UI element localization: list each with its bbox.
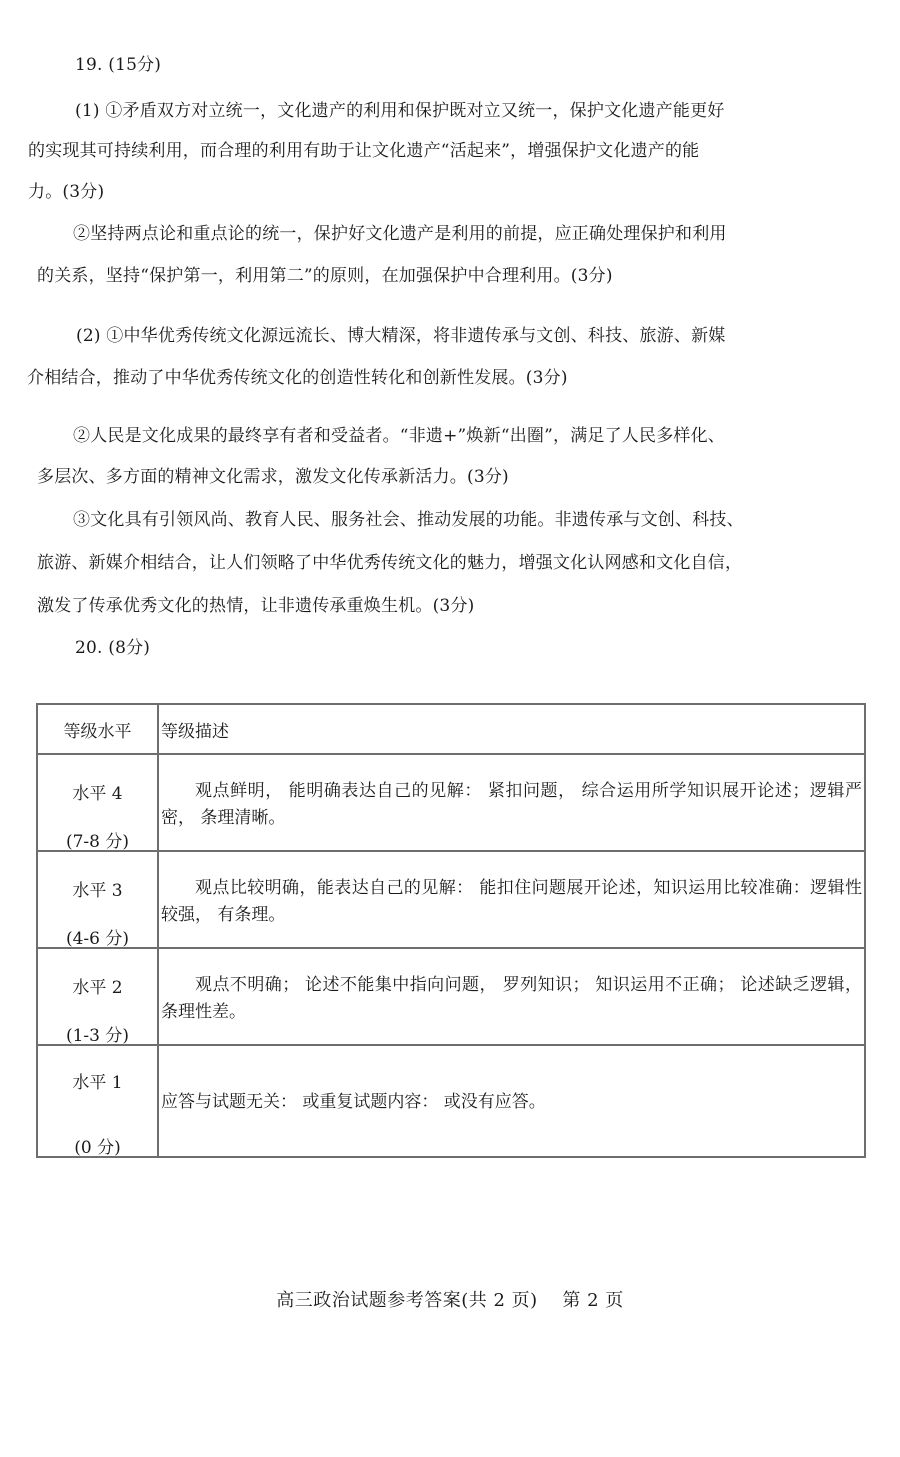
level-name: 水平 2	[38, 973, 157, 998]
level-cell: 水平 3 (4-6 分)	[37, 851, 158, 948]
table-row: 水平 4 (7-8 分) 观点鲜明， 能明确表达自己的见解： 紧扣问题， 综合运…	[37, 754, 865, 851]
q19-part2-point2-line1: ②人民是文化成果的最终享有者和受益者。“非遗+”焕新“出圈”，满足了人民多样化、	[73, 424, 725, 448]
level-score: (7-8 分)	[38, 827, 157, 852]
description-cell: 观点比较明确，能表达自己的见解： 能扣住问题展开论述，知识运用比较准确：逻辑性较…	[158, 851, 865, 948]
grading-rubric-table: 等级水平 等级描述 水平 4 (7-8 分) 观点鲜明， 能明确表达自己的见解：…	[36, 703, 866, 1158]
level-description: 观点不明确； 论述不能集中指向问题， 罗列知识； 知识运用不正确； 论述缺乏逻辑…	[161, 972, 862, 1026]
q19-part1-point1-line2: 的实现其可持续利用，而合理的利用有助于让文化遗产“活起来”，增强保护文化遗产的能	[28, 139, 699, 163]
level-name: 水平 3	[38, 876, 157, 901]
description-cell: 应答与试题无关： 或重复试题内容： 或没有应答。	[158, 1045, 865, 1157]
header-description: 等级描述	[158, 704, 865, 754]
q19-part2-point3-line1: ③文化具有引领风尚、教育人民、服务社会、推动发展的功能。非遗传承与文创、科技、	[73, 508, 744, 532]
description-cell: 观点不明确； 论述不能集中指向问题， 罗列知识； 知识运用不正确； 论述缺乏逻辑…	[158, 948, 865, 1045]
level-score: (4-6 分)	[38, 924, 157, 949]
level-description: 观点比较明确，能表达自己的见解： 能扣住问题展开论述，知识运用比较准确：逻辑性较…	[161, 875, 862, 929]
level-cell: 水平 2 (1-3 分)	[37, 948, 158, 1045]
level-description: 应答与试题无关： 或重复试题内容： 或没有应答。	[161, 1089, 862, 1116]
level-score: (1-3 分)	[38, 1021, 157, 1046]
q19-part2-point3-line2: 旅游、新媒介相结合，让人们领略了中华优秀传统文化的魅力，增强文化认网感和文化自信…	[37, 551, 742, 575]
q19-part1-point1-line3: 力。(3分)	[28, 180, 104, 204]
question-19-heading: 19. (15分)	[75, 53, 161, 77]
table-row: 水平 1 (0 分) 应答与试题无关： 或重复试题内容： 或没有应答。	[37, 1045, 865, 1157]
table-header-row: 等级水平 等级描述	[37, 704, 865, 754]
level-description: 观点鲜明， 能明确表达自己的见解： 紧扣问题， 综合运用所学知识展开论述；逻辑严…	[161, 778, 862, 832]
q19-part1-point1-line1: (1) ①矛盾双方对立统一，文化遗产的利用和保护既对立又统一，保护文化遗产能更好	[75, 99, 724, 123]
table-row: 水平 2 (1-3 分) 观点不明确； 论述不能集中指向问题， 罗列知识； 知识…	[37, 948, 865, 1045]
description-cell: 观点鲜明， 能明确表达自己的见解： 紧扣问题， 综合运用所学知识展开论述；逻辑严…	[158, 754, 865, 851]
q19-part2-point1-line1: (2) ①中华优秀传统文化源远流长、博大精深，将非遗传承与文创、科技、旅游、新媒	[76, 324, 725, 348]
level-cell: 水平 4 (7-8 分)	[37, 754, 158, 851]
level-score: (0 分)	[38, 1133, 157, 1158]
q19-part2-point2-line2: 多层次、多方面的精神文化需求，激发文化传承新活力。(3分)	[37, 465, 509, 489]
level-name: 水平 4	[38, 779, 157, 804]
q19-part2-point1-line2: 介相结合，推动了中华优秀传统文化的创造性转化和创新性发展。(3分)	[27, 366, 568, 390]
table-row: 水平 3 (4-6 分) 观点比较明确，能表达自己的见解： 能扣住问题展开论述，…	[37, 851, 865, 948]
level-cell: 水平 1 (0 分)	[37, 1045, 158, 1157]
q19-part1-point2-line1: ②坚持两点论和重点论的统一，保护好文化遗产是利用的前提，应正确处理保护和利用	[73, 222, 727, 246]
level-name: 水平 1	[38, 1068, 157, 1093]
page-footer: 高三政治试题参考答案(共 2 页) 第 2 页	[0, 1286, 900, 1312]
q19-part2-point3-line3: 激发了传承优秀文化的热情，让非遗传承重焕生机。(3分)	[37, 594, 474, 618]
q19-part1-point2-line2: 的关系，坚持“保护第一，利用第二”的原则，在加强保护中合理利用。(3分)	[37, 264, 613, 288]
header-level: 等级水平	[37, 704, 158, 754]
question-20-heading: 20. (8分)	[75, 636, 150, 660]
